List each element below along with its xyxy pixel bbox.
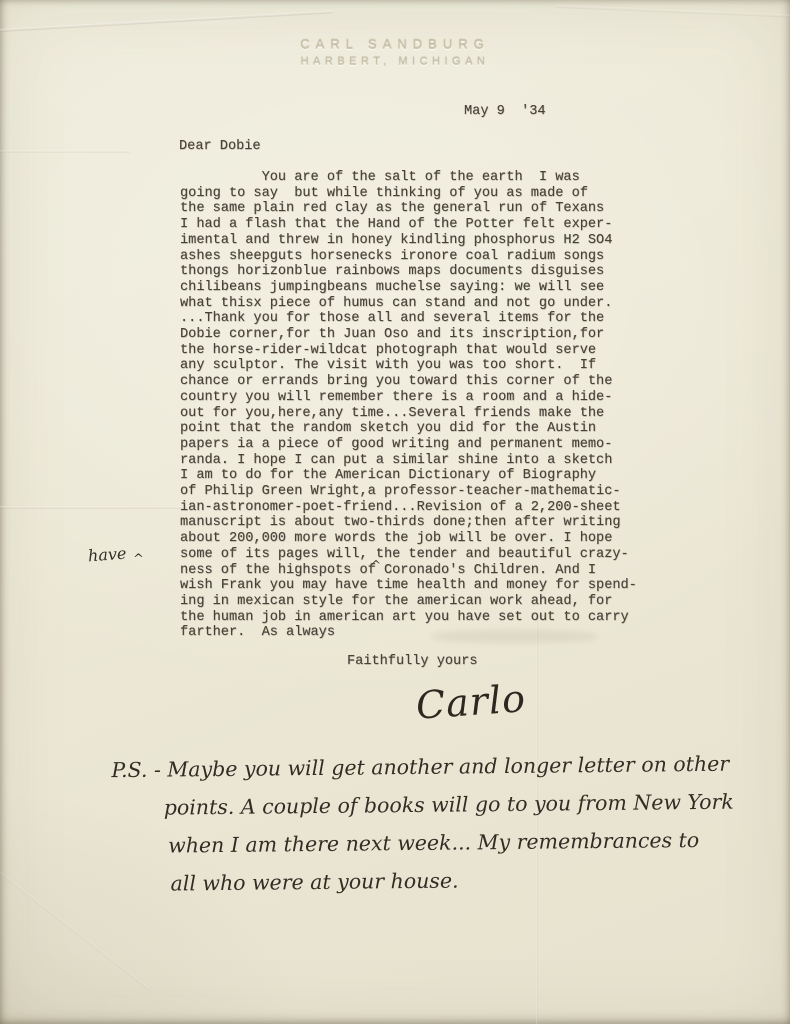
handwritten-signature: Carlo <box>415 676 528 728</box>
crease-left-upper <box>0 150 130 153</box>
postscript-line: when I am there next week... My remembra… <box>168 821 712 865</box>
letterhead-location: HARBERT, MICHIGAN <box>0 54 790 70</box>
handwritten-postscript: P.S. - Maybe you will get another and lo… <box>111 745 713 903</box>
postscript-line: all who were at your house. <box>170 859 712 903</box>
salutation: Dear Dobie <box>179 139 261 155</box>
handwritten-margin-note: have <box>87 544 127 566</box>
postscript-line: P.S. - Maybe you will get another and lo… <box>111 745 711 789</box>
embossed-letterhead: CARL SANDBURG HARBERT, MICHIGAN <box>0 36 790 70</box>
letterhead-name: CARL SANDBURG <box>0 36 790 54</box>
crease-top-right <box>555 5 790 18</box>
margin-caret-mark: ^ <box>133 552 144 567</box>
crease-vertical-right <box>757 250 759 790</box>
scanned-letter-page: CARL SANDBURG HARBERT, MICHIGAN May 9 '3… <box>0 0 790 1024</box>
crease-top-left <box>0 10 333 32</box>
letter-body: You are of the salt of the earth I was g… <box>180 170 637 641</box>
letter-date: May 9 '34 <box>464 104 546 120</box>
closing-line: Faithfully yours <box>347 654 478 670</box>
ink-ghost-smudge <box>432 630 597 643</box>
postscript-line: points. A couple of books will go to you… <box>164 783 712 827</box>
crease-left-middle <box>0 506 185 509</box>
inline-insertion-caret: ^ <box>371 558 381 572</box>
